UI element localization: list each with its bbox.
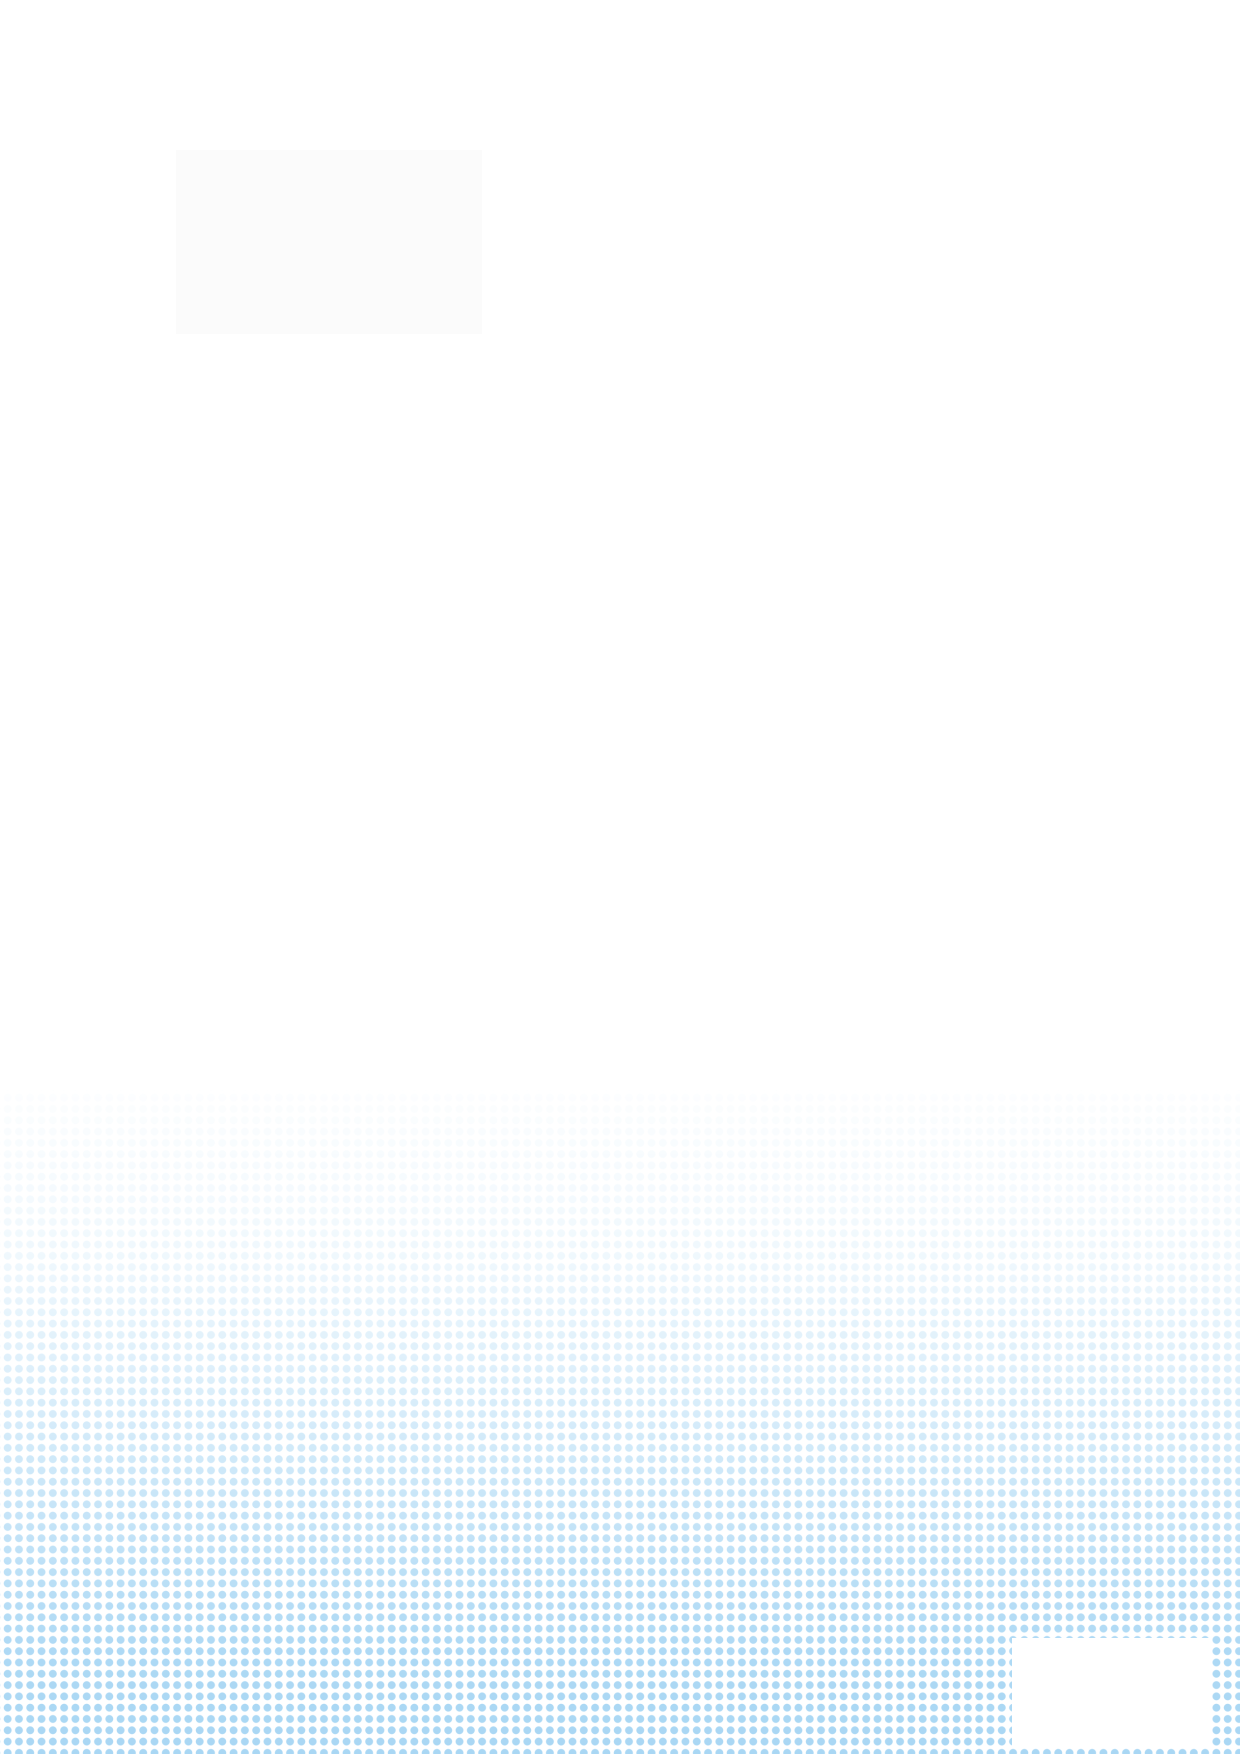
ministry-logo xyxy=(176,150,482,334)
electronic-signature-stamp xyxy=(1012,1638,1210,1746)
dot-matrix-m-icon xyxy=(178,152,298,332)
